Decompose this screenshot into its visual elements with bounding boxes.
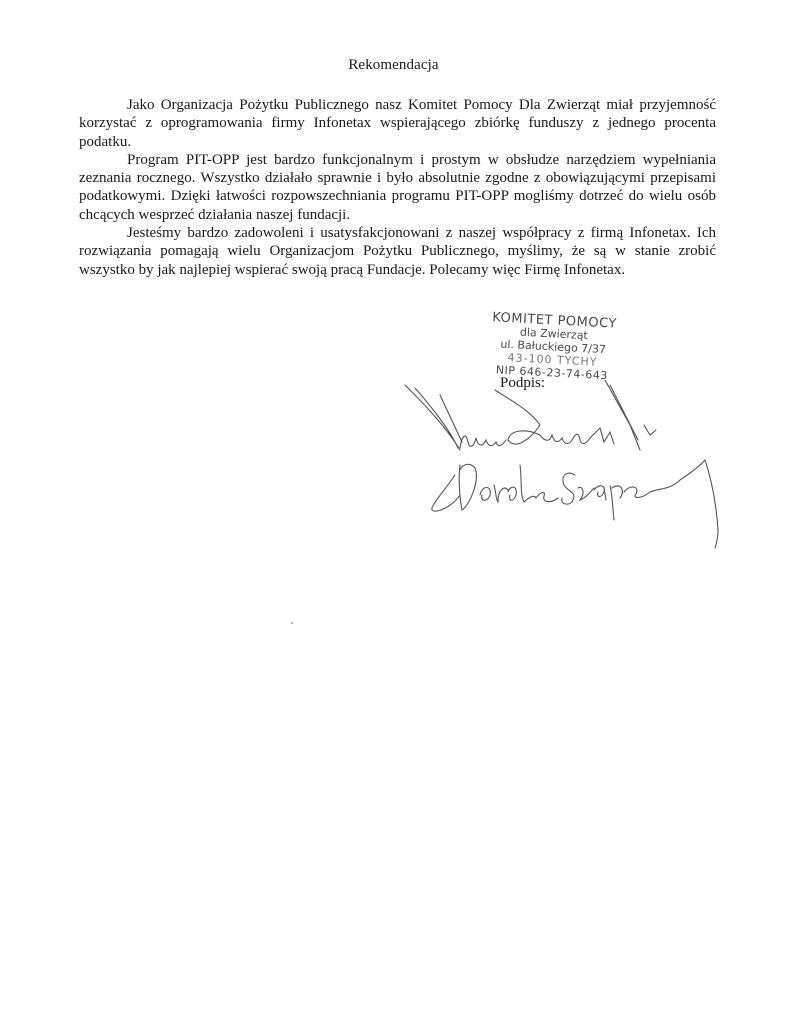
paragraph-3: Jesteśmy bardzo zadowoleni i usatysfakcj… xyxy=(79,224,716,279)
paragraph-1: Jako Organizacja Pożytku Publicznego nas… xyxy=(79,96,716,151)
signature-icon xyxy=(400,380,730,550)
scan-speck xyxy=(291,622,293,624)
document-body: Jako Organizacja Pożytku Publicznego nas… xyxy=(79,96,716,279)
paragraph-2: Program PIT-OPP jest bardzo funkcjonalny… xyxy=(79,151,716,224)
organization-stamp: KOMITET POMOCY dla Zwierząt ul. Bałuckie… xyxy=(467,310,640,384)
document-title: Rekomendacja xyxy=(0,57,787,74)
